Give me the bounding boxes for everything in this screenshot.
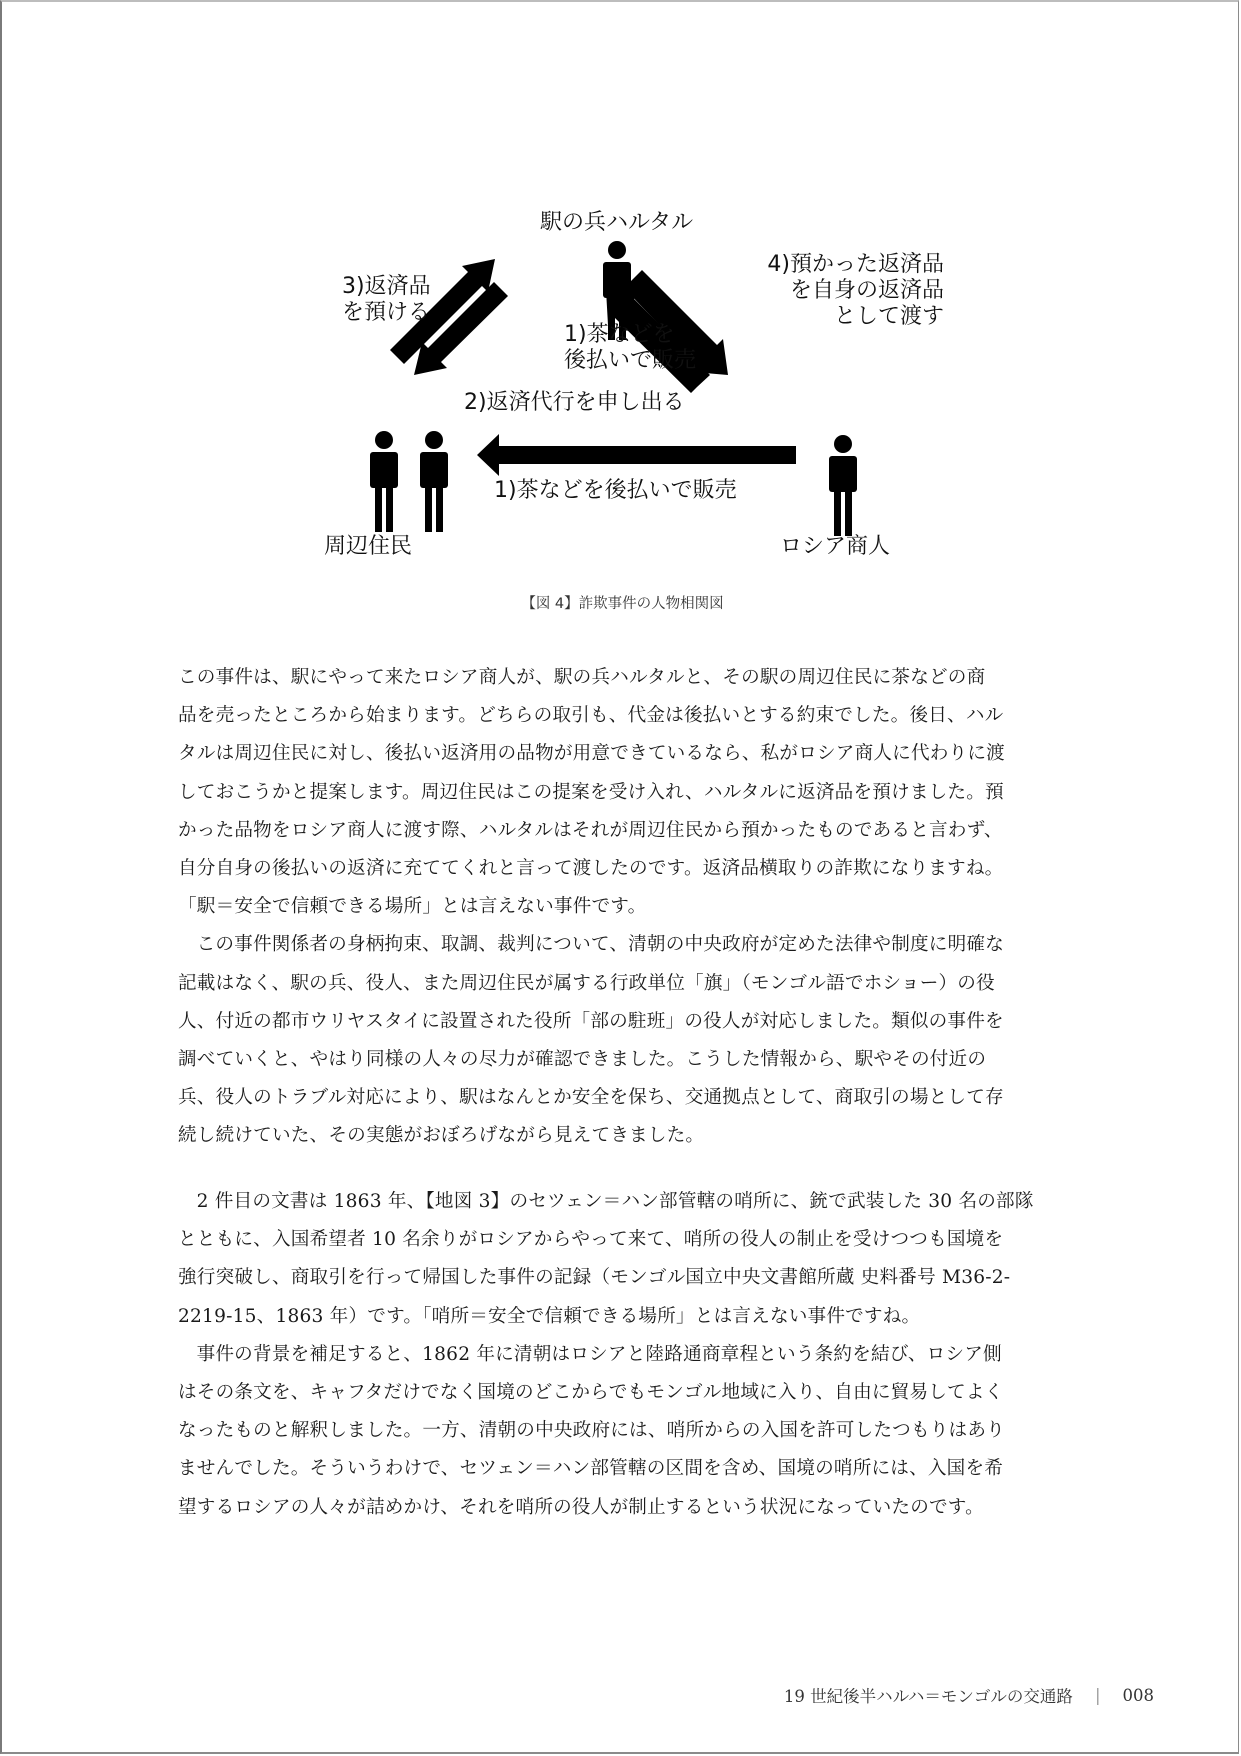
text-line: 2219-15、1863 年）です。「哨所＝安全で信頼できる場所」とは言えない事… [159,1298,1062,1336]
person-icon-resident-1 [370,431,398,532]
paragraph-2: この事件関係者の身柄拘束、取調、裁判について、清朝の中央政府が定めた法律や制度に… [178,926,1062,1155]
page-footer: 19 世紀後半ハルハ＝モンゴルの交通路 | 008 [762,1683,1154,1707]
body-section-1: この事件は、駅にやって来たロシア商人が、駅の兵ハルタルと、その駅の周辺住民に茶な… [178,659,1062,1156]
paragraph-4: 事件の背景を補足すると、1862 年に清朝はロシアと陸路通商章程という条約を結び… [178,1336,1062,1527]
text-line: 「駅＝安全で信頼できる場所」とは言えない事件です。 [159,888,1062,926]
label-residents: 周辺住民 [324,534,412,560]
figure-caption: 【図 4】詐欺事件の人物相関図 [2,592,1241,613]
text-line: 望するロシアの人々が詰めかけ、それを哨所の役人が制止するという状況になっていたの… [159,1489,1062,1527]
text-line: 続し続けていた、その実態がおぼろげながら見えてきました。 [159,1117,1062,1155]
text-line: かった品物をロシア商人に渡す際、ハルタルはそれが周辺住民から預かったものであると… [159,812,1062,850]
label-step2: 2)返済代行を申し出る [464,390,685,416]
label-step1-to-residents: 1)茶などを後払いで販売 [494,478,737,504]
text-line: はその条文を、キャフタだけでなく国境のどこからでもモンゴル地域に入り、自由に貿易… [159,1374,1062,1412]
label-step4: 4)預かった返済品 を自身の返済品 として渡す [696,252,944,330]
person-icon-resident-2 [420,431,448,532]
page-number: 008 [1123,1686,1155,1705]
text-line: 記載はなく、駅の兵、役人、また周辺住民が属する行政単位「旗」（モンゴル語でホショ… [159,965,1062,1003]
text-line: なったものと解釈しました。一方、清朝の中央政府には、哨所からの入国を許可したつも… [159,1412,1062,1450]
text-line: この事件関係者の身柄拘束、取調、裁判について、清朝の中央政府が定めた法律や制度に… [178,926,1062,964]
label-step3: 3)返済品 を預ける [342,274,431,326]
person-icon-merchant [829,435,857,536]
running-title: 19 世紀後半ハルハ＝モンゴルの交通路 [784,1683,1073,1707]
footer-separator: | [1095,1686,1101,1705]
text-line: 品を売ったところから始まります。どちらの取引も、代金は後払いとする約束でした。後… [159,697,1062,735]
label-step1-to-soldier: 1)茶などを 後払いで販売 [564,322,696,374]
text-line: ませんでした。そういうわけで、セツェン＝ハン部管轄の区間を含め、国境の哨所には、… [159,1450,1062,1488]
text-line: 兵、役人のトラブル対応により、駅はなんとか安全を保ち、交通拠点として、商取引の場… [159,1079,1062,1117]
text-line: タルは周辺住民に対し、後払い返済用の品物が用意できているなら、私がロシア商人に代… [159,735,1062,773]
text-line: この事件は、駅にやって来たロシア商人が、駅の兵ハルタルと、その駅の周辺住民に茶な… [178,659,1062,697]
text-line: 2 件目の文書は 1863 年、【地図 3】のセツェン＝ハン部管轄の哨所に、銃で… [178,1183,1062,1221]
text-line: 強行突破し、商取引を行って帰国した事件の記録（モンゴル国立中央文書館所蔵 史料番… [159,1259,1062,1297]
text-line: 人、付近の都市ウリヤスタイに設置された役所「部の駐班」の役人が対応しました。類似… [159,1003,1062,1041]
text-line: 自分自身の後払いの返済に充ててくれと言って渡したのです。返済品横取りの詐欺になり… [159,850,1062,888]
text-line: しておこうかと提案します。周辺住民はこの提案を受け入れ、ハルタルに返済品を預けま… [159,774,1062,812]
page: 駅の兵ハルタル 3)返済品 を預ける 4)預かった返済品 を自身の返済品 として… [0,0,1239,1754]
paragraph-1: この事件は、駅にやって来たロシア商人が、駅の兵ハルタルと、その駅の周辺住民に茶な… [178,659,1062,926]
text-line: 事件の背景を補足すると、1862 年に清朝はロシアと陸路通商章程という条約を結び… [178,1336,1062,1374]
label-merchant: ロシア商人 [780,534,890,560]
label-soldier: 駅の兵ハルタル [540,210,693,236]
relationship-diagram: 駅の兵ハルタル 3)返済品 を預ける 4)預かった返済品 を自身の返済品 として… [342,212,922,572]
paragraph-3: 2 件目の文書は 1863 年、【地図 3】のセツェン＝ハン部管轄の哨所に、銃で… [178,1183,1062,1336]
arrow-step1-to-residents [477,434,796,476]
body-section-2: 2 件目の文書は 1863 年、【地図 3】のセツェン＝ハン部管轄の哨所に、銃で… [178,1183,1062,1527]
text-line: とともに、入国希望者 10 名余りがロシアからやって来て、哨所の役人の制止を受け… [159,1221,1062,1259]
text-line: 調べていくと、やはり同様の人々の尽力が確認できました。こうした情報から、駅やその… [159,1041,1062,1079]
